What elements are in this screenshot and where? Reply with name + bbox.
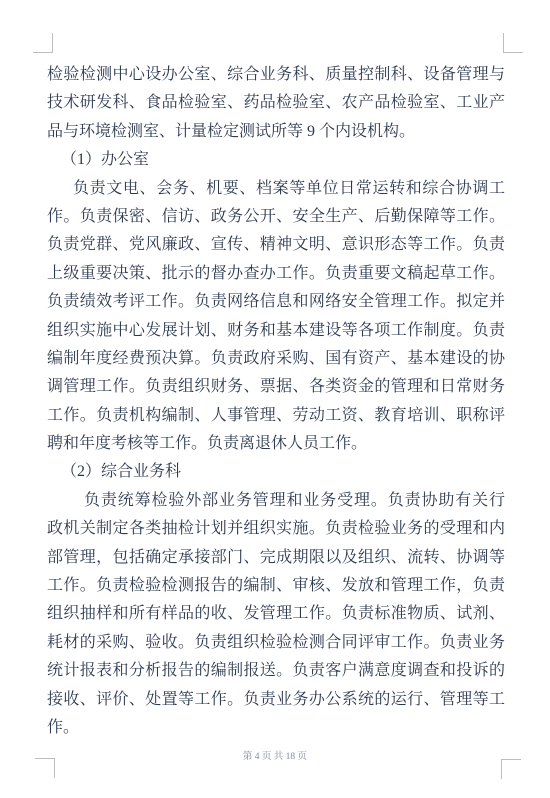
text-line: 接收、评价、处置等工作。负责业务办公系统的运行、管理等工: [47, 686, 505, 714]
text-line: 政机关制定各类抽检计划并组织实施。负责检验业务的受理和内: [47, 515, 505, 543]
text-line: 部管理，包括确定承接部门、完成期限以及组织、流转、协调等: [47, 544, 505, 572]
document-page: 检验检测中心设办公室、综合业务科、质量控制科、设备管理与 技术研发科、食品检验室…: [0, 0, 550, 798]
text-line: 负责党群、党风廉政、宣传、精神文明、意识形态等工作。负责: [47, 231, 505, 259]
text-line: 耗材的采购、验收。负责组织检验检测合同评审工作。负责业务: [47, 629, 505, 657]
text-line: 负责文电、会务、机要、档案等单位日常运转和综合协调工: [47, 175, 505, 203]
text-line: 负责绩效考评工作。负责网络信息和网络安全管理工作。拟定并: [47, 288, 505, 316]
text-line: 负责统筹检验外部业务管理和业务受理。负责协助有关行: [47, 487, 505, 515]
text-line: 品与环境检测室、计量检定测试所等 9 个内设机构。: [47, 118, 505, 146]
page-number: 第 4 页 共 18 页: [0, 748, 550, 766]
text-line: 检验检测中心设办公室、综合业务科、质量控制科、设备管理与: [47, 61, 505, 89]
crop-mark-top-left: [33, 33, 53, 53]
text-line: 调管理工作。负责组织财务、票据、各类资金的管理和日常财务: [47, 373, 505, 401]
text-line: 作。负责保密、信访、政务公开、安全生产、后勤保障等工作。: [47, 203, 505, 231]
text-line: 编制年度经费预决算。负责政府采购、国有资产、基本建设的协: [47, 345, 505, 373]
text-line: 技术研发科、食品检验室、药品检验室、农产品检验室、工业产: [47, 89, 505, 117]
text-line: 组织抽样和所有样品的收、发管理工作。负责标准物质、试剂、: [47, 600, 505, 628]
section-heading: （2）综合业务科: [47, 458, 505, 486]
text-line: 聘和年度考核等工作。负责离退休人员工作。: [47, 430, 505, 458]
text-line: 组织实施中心发展计划、财务和基本建设等各项工作制度。负责: [47, 317, 505, 345]
section-heading: （1）办公室: [47, 146, 505, 174]
text-line: 上级重要决策、批示的督办查办工作。负责重要文稿起草工作。: [47, 260, 505, 288]
text-line: 作。: [47, 714, 505, 742]
document-content: 检验检测中心设办公室、综合业务科、质量控制科、设备管理与 技术研发科、食品检验室…: [47, 61, 505, 742]
text-line: 统计报表和分析报告的编制报送。负责客户满意度调查和投诉的: [47, 657, 505, 685]
crop-mark-top-right: [503, 33, 523, 53]
text-line: 工作。负责机构编制、人事管理、劳动工资、教育培训、职称评: [47, 402, 505, 430]
text-line: 工作。负责检验检测报告的编制、审核、发放和管理工作，负责: [47, 572, 505, 600]
